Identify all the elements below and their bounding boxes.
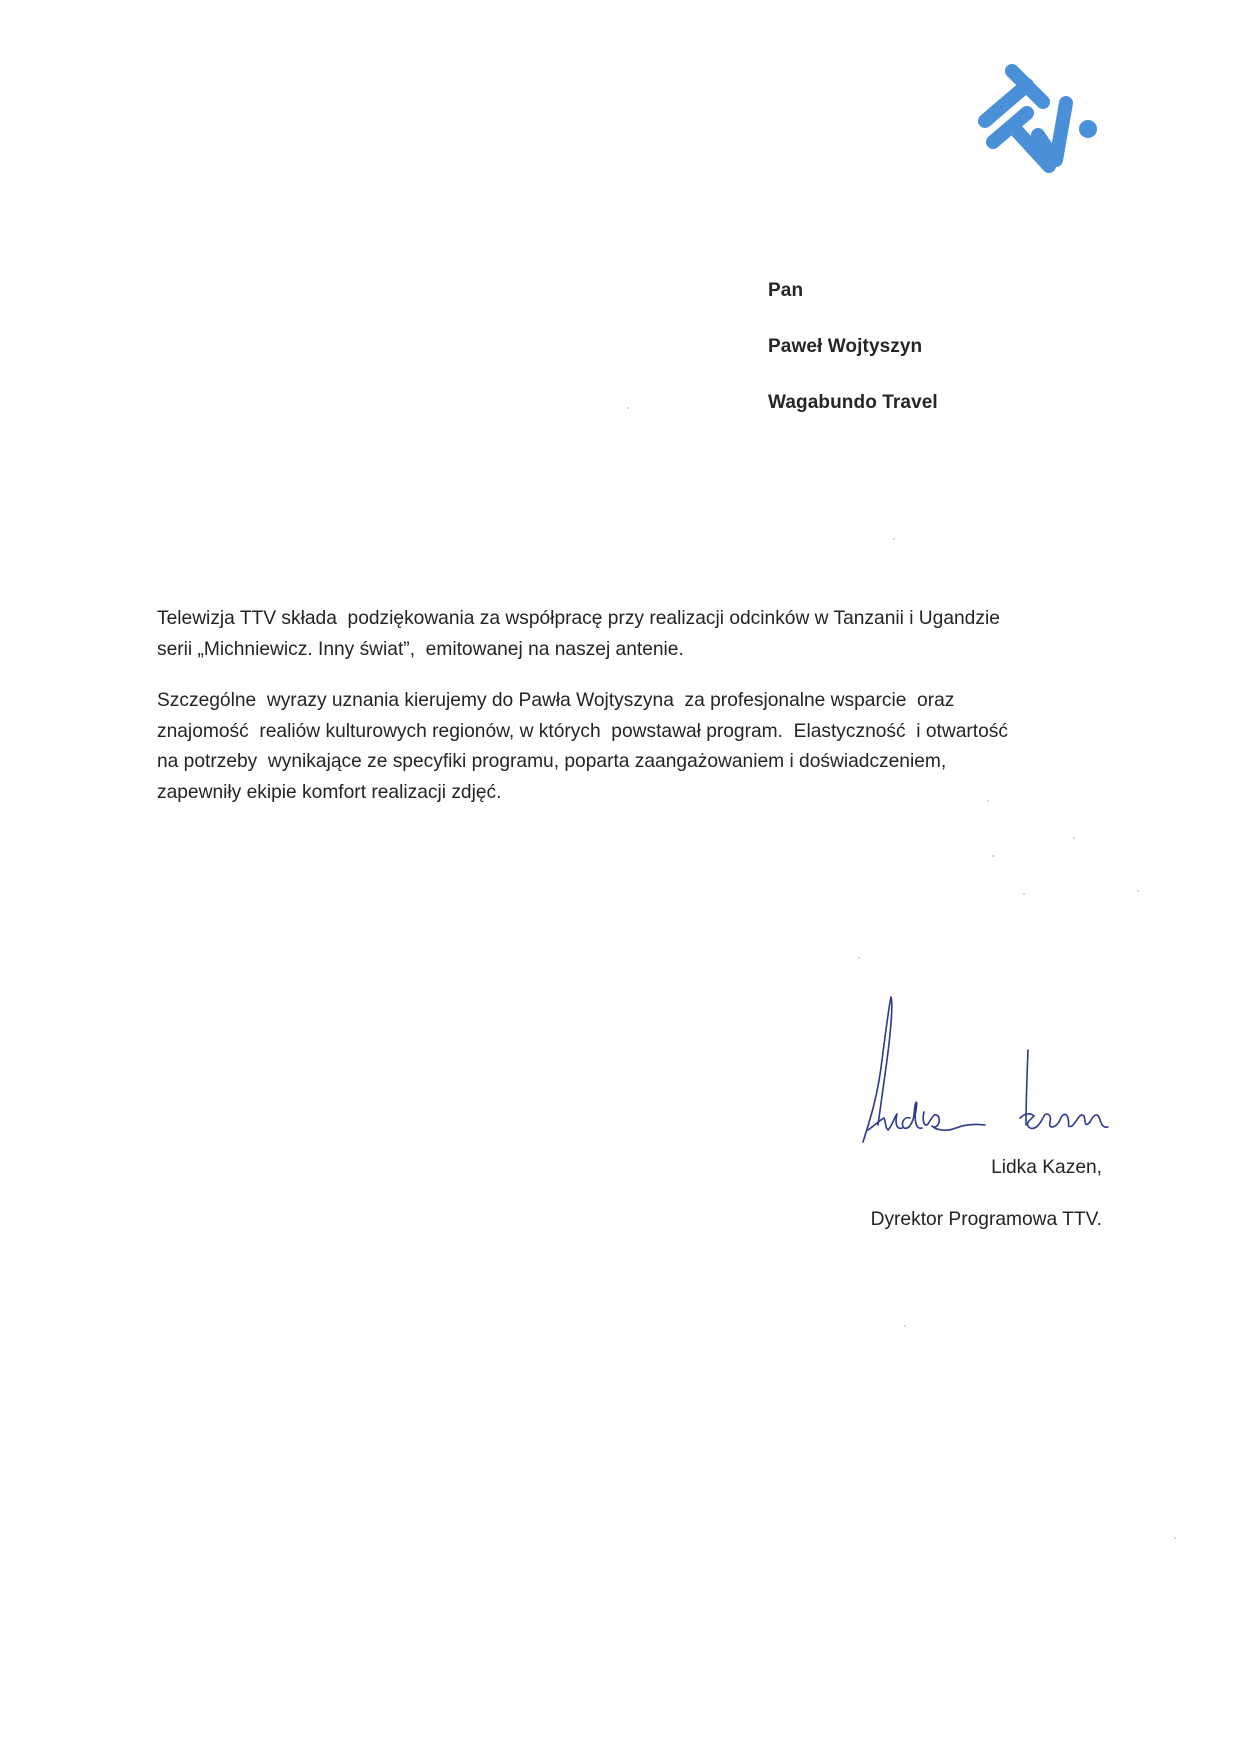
scan-speck <box>893 538 895 540</box>
body-line: na potrzeby wynikające ze specyfiki prog… <box>157 747 1117 778</box>
scan-speck <box>1174 1537 1176 1539</box>
scan-speck <box>1073 837 1075 839</box>
ttv-logo-icon <box>970 55 1110 190</box>
recipient-salutation: Pan <box>768 280 803 302</box>
scan-speck <box>858 957 860 959</box>
signatory-title: Dyrektor Programowa TTV. <box>871 1209 1102 1231</box>
scan-speck <box>904 1325 906 1327</box>
scan-speck <box>987 800 989 802</box>
body-line: Telewizja TTV składa podziękowania za ws… <box>157 604 1117 635</box>
body-paragraph-2: Szczególne wyrazy uznania kierujemy do P… <box>157 686 1117 808</box>
recipient-company: Wagabundo Travel <box>768 392 938 414</box>
scan-speck <box>1137 890 1139 892</box>
body-line: serii „Michniewicz. Inny świat”, emitowa… <box>157 635 1117 666</box>
scan-speck <box>992 855 994 857</box>
body-line: znajomość realiów kulturowych regionów, … <box>157 717 1117 748</box>
body-line: zapewniły ekipie komfort realizacji zdję… <box>157 778 1117 809</box>
scan-speck <box>1023 893 1025 895</box>
signatory-name: Lidka Kazen, <box>991 1157 1102 1179</box>
signature-icon <box>850 990 1120 1150</box>
body-paragraph-1: Telewizja TTV składa podziękowania za ws… <box>157 604 1117 665</box>
recipient-name: Paweł Wojtyszyn <box>768 336 922 358</box>
body-line: Szczególne wyrazy uznania kierujemy do P… <box>157 686 1117 717</box>
scan-speck <box>627 407 629 409</box>
